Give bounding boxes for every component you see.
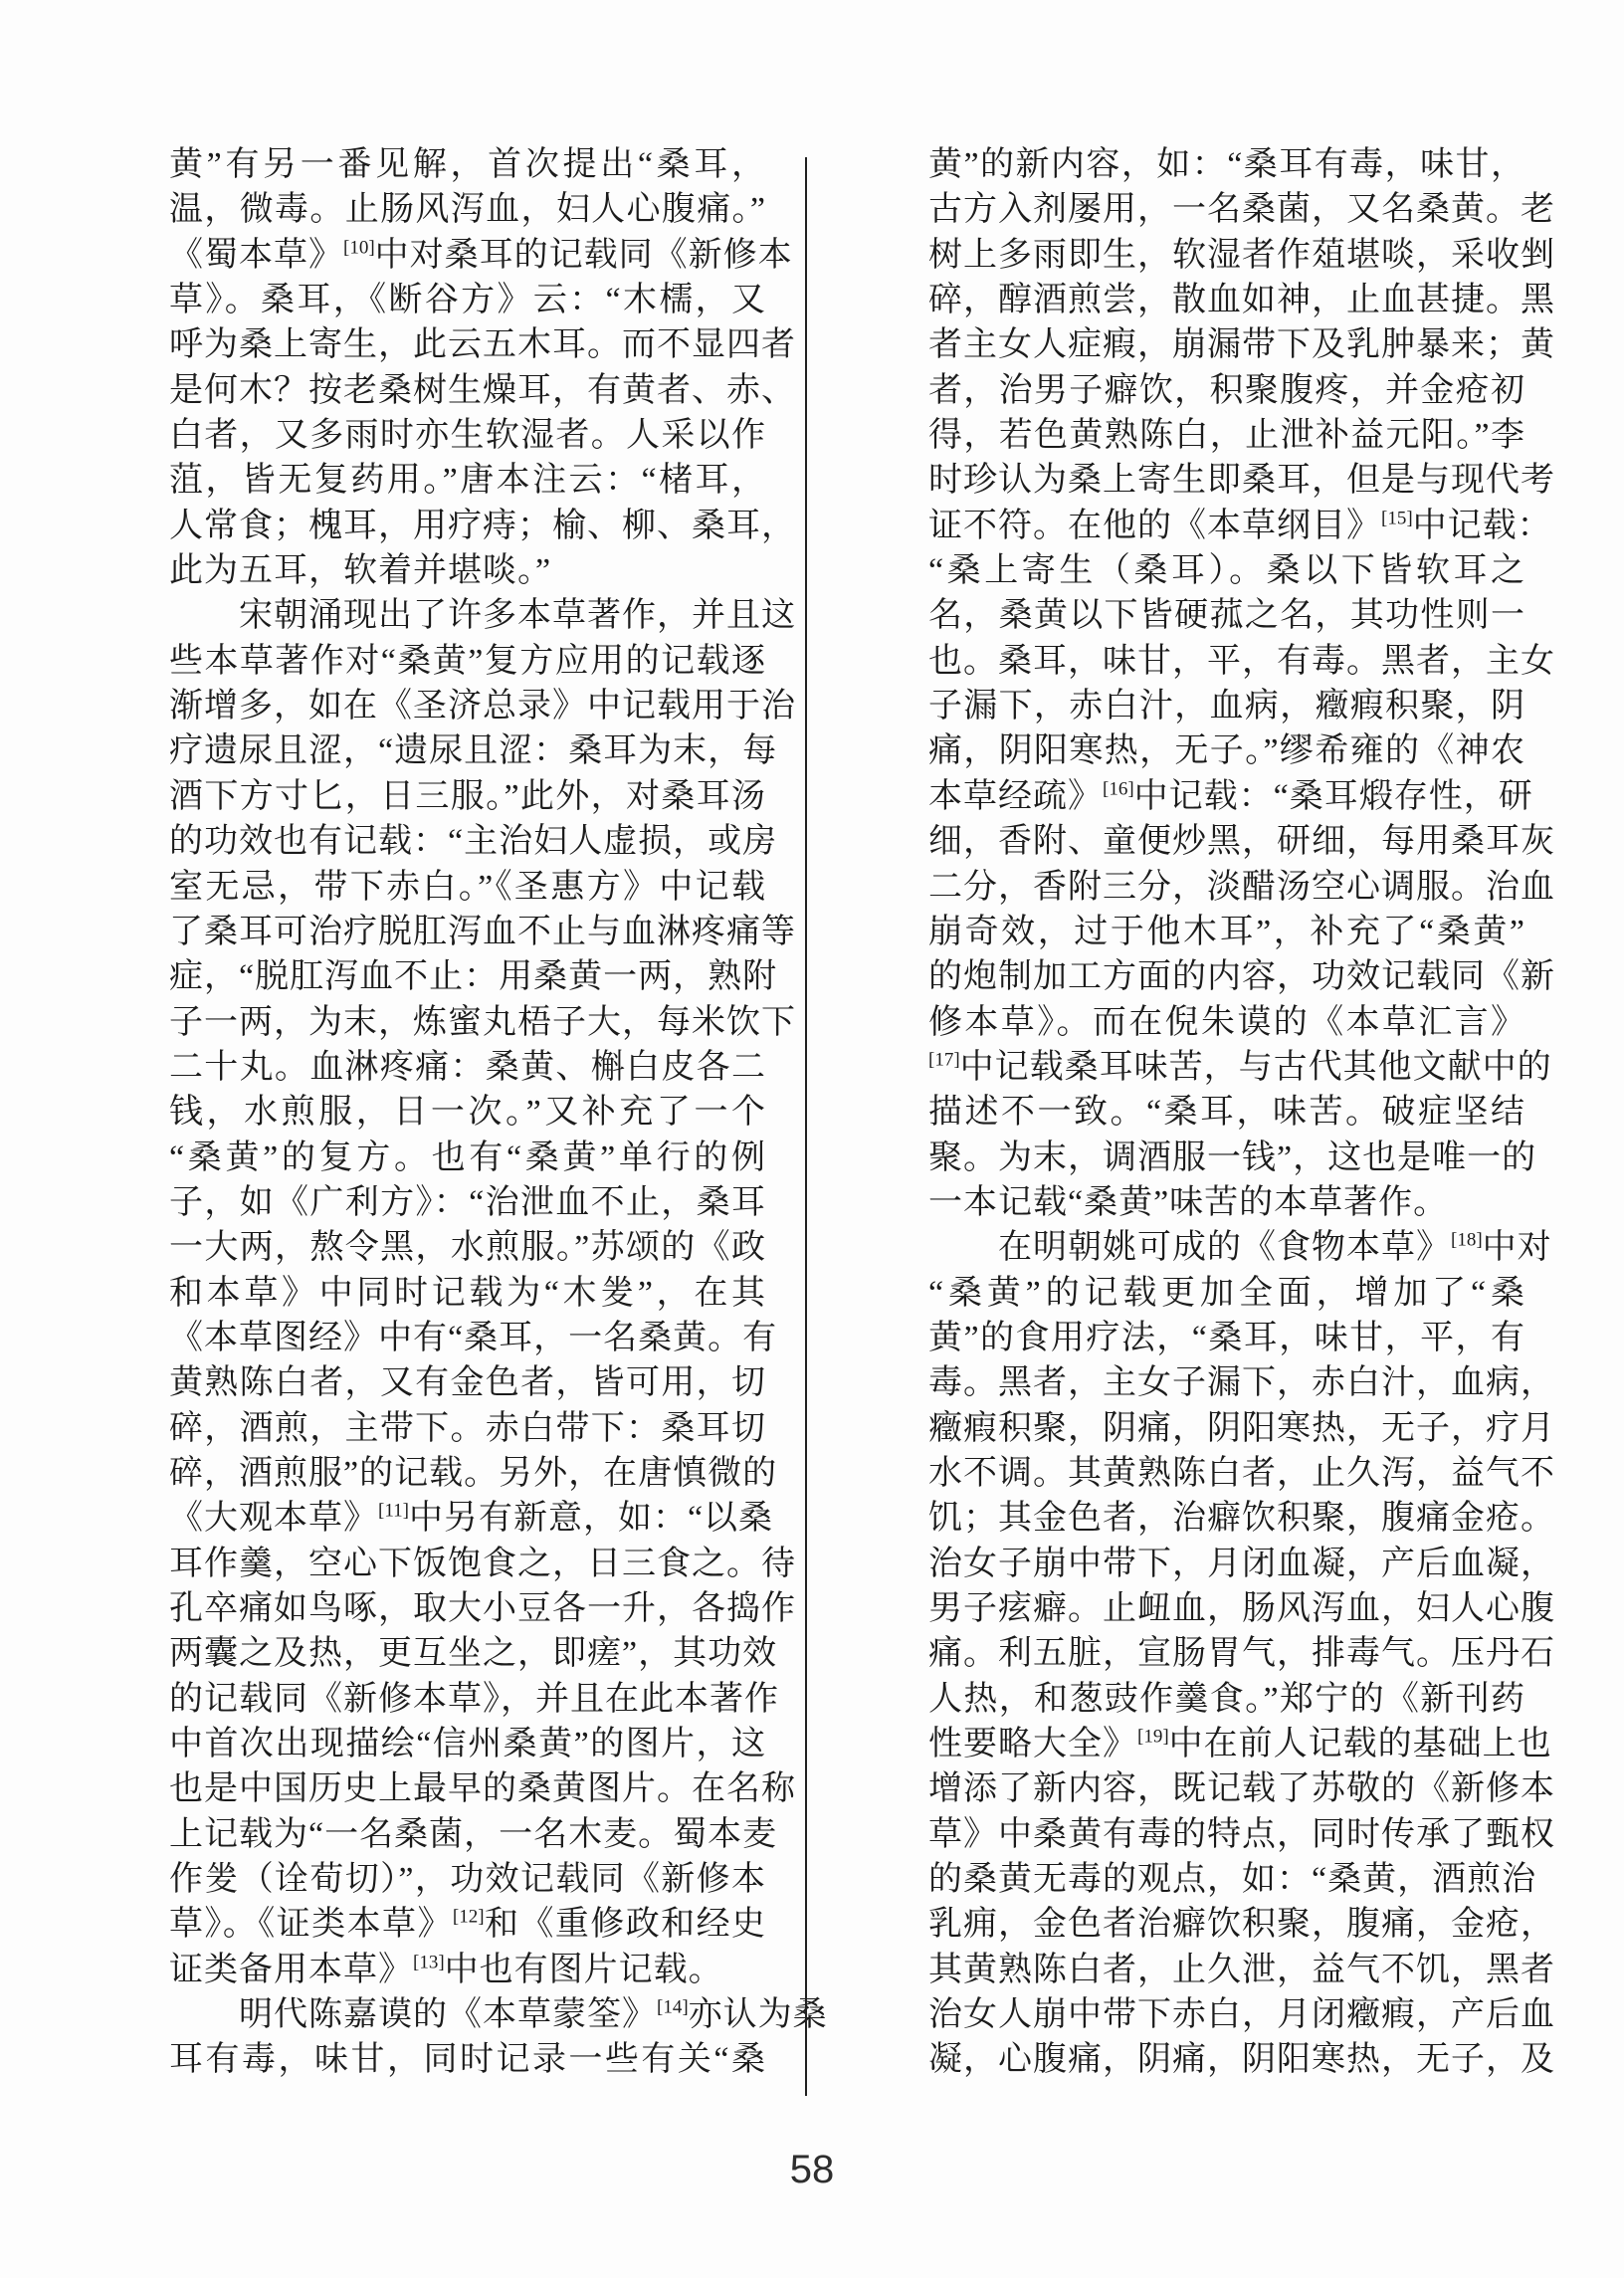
text-line: 人热，和葱豉作羹食。”郑宁的《新刊药: [928, 1677, 1525, 1722]
text-line: 呼为桑上寄生，此云五木耳。而不显四者: [169, 322, 766, 367]
text-line: 凝，心腹痛，阴痛，阴阳寒热，无子，及: [928, 2037, 1525, 2082]
text-line: 酒下方寸匕，日三服。”此外，对桑耳汤: [169, 774, 766, 819]
text-line: 古方入剂屡用，一名桑菌，又名桑黄。老: [928, 187, 1525, 232]
text-line: 描述不一致。“桑耳，味苦。破症坚结: [928, 1090, 1525, 1135]
text-line: 症，“脱肛泻血不止：用桑黄一两，熟附: [169, 954, 766, 999]
citation-marker: [17]: [928, 1050, 960, 1071]
text-line: 痛。利五脏，宣肠胃气，排毒气。压丹石: [928, 1631, 1525, 1676]
text-line: 黄”有另一番见解，首次提出“桑耳，: [169, 142, 766, 187]
citation-marker: [10]: [343, 237, 375, 258]
text-line: 一本记载“桑黄”味苦的本草著作。: [928, 1180, 1525, 1225]
text-line: 孔卒痛如鸟啄，取大小豆各一升，各捣作: [169, 1586, 766, 1631]
text-line: 疗遗尿且涩，“遗尿且涩：桑耳为末，每: [169, 728, 766, 773]
text-line: 证不符。在他的《本草纲目》[15]中记载：: [928, 504, 1525, 548]
column-divider: [805, 157, 807, 2096]
text-line: 树上多雨即生，软湿者作葅堪啖，采收剉: [928, 233, 1525, 278]
text-line: 的炮制加工方面的内容，功效记载同《新: [928, 954, 1525, 999]
text-line: 性要略大全》[19]中在前人记载的基础上也: [928, 1722, 1525, 1766]
text-line: 碎，酒煎，主带下。赤白带下：桑耳切: [169, 1406, 766, 1451]
right-text-column: 黄”的新内容，如：“桑耳有毒，味甘，古方入剂屡用，一名桑菌，又名桑黄。老树上多雨…: [928, 142, 1525, 2083]
text-line: 些本草著作对“桑黄”复方应用的记载逐: [169, 639, 766, 684]
text-line: 明代陈嘉谟的《本草蒙筌》[14]亦认为桑: [169, 1992, 766, 2037]
text-line: 宋朝涌现出了许多本草著作，并且这: [169, 593, 766, 638]
text-line: 草》中桑黄有毒的特点，同时传承了甄权: [928, 1812, 1525, 1857]
text-line: 一大两，熬令黑，水煎服。”苏颂的《政: [169, 1225, 766, 1270]
text-line: 碎，醇酒煎尝，散血如神，止血甚捷。黑: [928, 278, 1525, 322]
text-line: 者，治男子癖饮，积聚腹疼，并金疮初: [928, 368, 1525, 413]
text-line: 痛，阴阳寒热，无子。”缪希雍的《神农: [928, 728, 1525, 773]
text-line: 增添了新内容，既记载了苏敬的《新修本: [928, 1766, 1525, 1811]
text-line: “桑上寄生（桑耳）。桑以下皆软耳之: [928, 548, 1525, 593]
text-line: 也是中国历史上最早的桑黄图片。在名称: [169, 1766, 766, 1811]
citation-marker: [16]: [1103, 778, 1134, 799]
text-line: 治女人崩中带下赤白，月闭癥瘕，产后血: [928, 1992, 1525, 2037]
text-line: 《大观本草》[11]中另有新意，如：“以桑: [169, 1496, 766, 1541]
text-line: 了桑耳可治疗脱肛泻血不止与血淋疼痛等: [169, 910, 766, 954]
text-line: 聚。为末，调酒服一钱”，这也是唯一的: [928, 1136, 1525, 1180]
text-line: 人常食；槐耳，用疗痔；榆、柳、桑耳，: [169, 504, 766, 548]
text-line: 名，桑黄以下皆硬菰之名，其功性则一: [928, 593, 1525, 638]
page-number: 58: [0, 2148, 1624, 2192]
text-line: 水不调。其黄熟陈白者，止久泻，益气不: [928, 1451, 1525, 1496]
text-line: 耳有毒，味甘，同时记录一些有关“桑: [169, 2037, 766, 2082]
text-line: 作夎（诠荀切）”，功效记载同《新修本: [169, 1857, 766, 1902]
text-line: 得，若色黄熟陈白，止泄补益元阳。”李: [928, 413, 1525, 458]
text-line: 治女子崩中带下，月闭血凝，产后血凝，: [928, 1542, 1525, 1586]
text-line: 耳作羹，空心下饭饱食之，日三食之。待: [169, 1542, 766, 1586]
text-line: “桑黄”的记载更加全面，增加了“桑: [928, 1271, 1525, 1316]
text-line: 也。桑耳，味甘，平，有毒。黑者，主女: [928, 639, 1525, 684]
text-line: 两囊之及热，更互坐之，即瘥”，其功效: [169, 1631, 766, 1676]
text-line: 的功效也有记载：“主治妇人虚损，或房: [169, 819, 766, 864]
citation-marker: [11]: [378, 1501, 409, 1522]
text-line: 修本草》。而在倪朱谟的《本草汇言》: [928, 1000, 1525, 1045]
text-line: 上记载为“一名桑菌，一名木麦。蜀本麦: [169, 1812, 766, 1857]
text-line: 癥瘕积聚，阴痛，阴阳寒热，无子，疗月: [928, 1406, 1525, 1451]
text-line: 子漏下，赤白汁，血病，癥瘕积聚，阴: [928, 684, 1525, 728]
text-line: 二分，香附三分，淡醋汤空心调服。治血: [928, 865, 1525, 910]
text-line: 白者，又多雨时亦生软湿者。人采以作: [169, 413, 766, 458]
text-line: 渐增多，如在《圣济总录》中记载用于治: [169, 684, 766, 728]
text-line: 黄”的新内容，如：“桑耳有毒，味甘，: [928, 142, 1525, 187]
citation-marker: [12]: [453, 1907, 485, 1928]
text-line: 男子痃癖。止衄血，肠风泻血，妇人心腹: [928, 1586, 1525, 1631]
text-line: 的记载同《新修本草》，并且在此本著作: [169, 1677, 766, 1722]
text-line: 钱，水煎服，日一次。”又补充了一个: [169, 1090, 766, 1135]
text-line: 的桑黄无毒的观点，如：“桑黄，酒煎治: [928, 1857, 1525, 1902]
text-line: 乳痈，金色者治癖饮积聚，腹痛，金疮，: [928, 1902, 1525, 1947]
document-page: 黄”有另一番见解，首次提出“桑耳，温，微毒。止肠风泻血，妇人心腹痛。”《蜀本草》…: [0, 0, 1624, 2278]
text-line: 时珍认为桑上寄生即桑耳，但是与现代考: [928, 458, 1525, 503]
text-line: 证类备用本草》[13]中也有图片记载。: [169, 1948, 766, 1992]
citation-marker: [13]: [413, 1952, 445, 1972]
text-line: 室无忌，带下赤白。”《圣惠方》中记载: [169, 865, 766, 910]
text-line: [17]中记载桑耳味苦，与古代其他文献中的: [928, 1045, 1525, 1090]
citation-marker: [15]: [1381, 508, 1413, 528]
text-line: 崩奇效，过于他木耳”，补充了“桑黄”: [928, 910, 1525, 954]
text-line: 此为五耳，软着并堪啖。”: [169, 548, 766, 593]
text-line: 二十丸。血淋疼痛：桑黄、槲白皮各二: [169, 1045, 766, 1090]
text-line: 本草经疏》[16]中记载：“桑耳煅存性，研: [928, 774, 1525, 819]
text-line: 碎，酒煎服”的记载。另外，在唐慎微的: [169, 1451, 766, 1496]
text-line: 《蜀本草》[10]中对桑耳的记载同《新修本: [169, 233, 766, 278]
text-line: 菹，皆无复药用。”唐本注云：“楮耳，: [169, 458, 766, 503]
text-line: 黄熟陈白者，又有金色者，皆可用，切: [169, 1360, 766, 1405]
text-line: 《本草图经》中有“桑耳，一名桑黄。有: [169, 1316, 766, 1360]
text-line: 中首次出现描绘“信州桑黄”的图片，这: [169, 1722, 766, 1766]
citation-marker: [14]: [657, 1997, 689, 2018]
citation-marker: [18]: [1451, 1230, 1483, 1251]
text-line: 子一两，为末，炼蜜丸梧子大，每米饮下: [169, 1000, 766, 1045]
text-line: 草》。《证类本草》[12]和《重修政和经史: [169, 1902, 766, 1947]
citation-marker: [19]: [1137, 1727, 1169, 1748]
text-line: 在明朝姚可成的《食物本草》[18]中对: [928, 1225, 1525, 1270]
text-line: 温，微毒。止肠风泻血，妇人心腹痛。”: [169, 187, 766, 232]
text-line: 和本草》中同时记载为“木夎”，在其: [169, 1271, 766, 1316]
text-line: 子，如《广利方》：“治泄血不止，桑耳: [169, 1180, 766, 1225]
text-line: 是何木？按老桑树生燥耳，有黄者、赤、: [169, 368, 766, 413]
left-text-column: 黄”有另一番见解，首次提出“桑耳，温，微毒。止肠风泻血，妇人心腹痛。”《蜀本草》…: [169, 142, 766, 2083]
text-line: 毒。黑者，主女子漏下，赤白汁，血病，: [928, 1360, 1525, 1405]
text-line: 者主女人症瘕，崩漏带下及乳肿暴来；黄: [928, 322, 1525, 367]
text-line: 黄”的食用疗法，“桑耳，味甘，平，有: [928, 1316, 1525, 1360]
text-line: “桑黄”的复方。也有“桑黄”单行的例: [169, 1136, 766, 1180]
text-line: 饥；其金色者，治癖饮积聚，腹痛金疮。: [928, 1496, 1525, 1541]
text-line: 细，香附、童便炒黑，研细，每用桑耳灰: [928, 819, 1525, 864]
text-line: 其黄熟陈白者，止久泄，益气不饥，黑者: [928, 1948, 1525, 1992]
text-line: 草》。桑耳，《断谷方》云：“木檽，又: [169, 278, 766, 322]
